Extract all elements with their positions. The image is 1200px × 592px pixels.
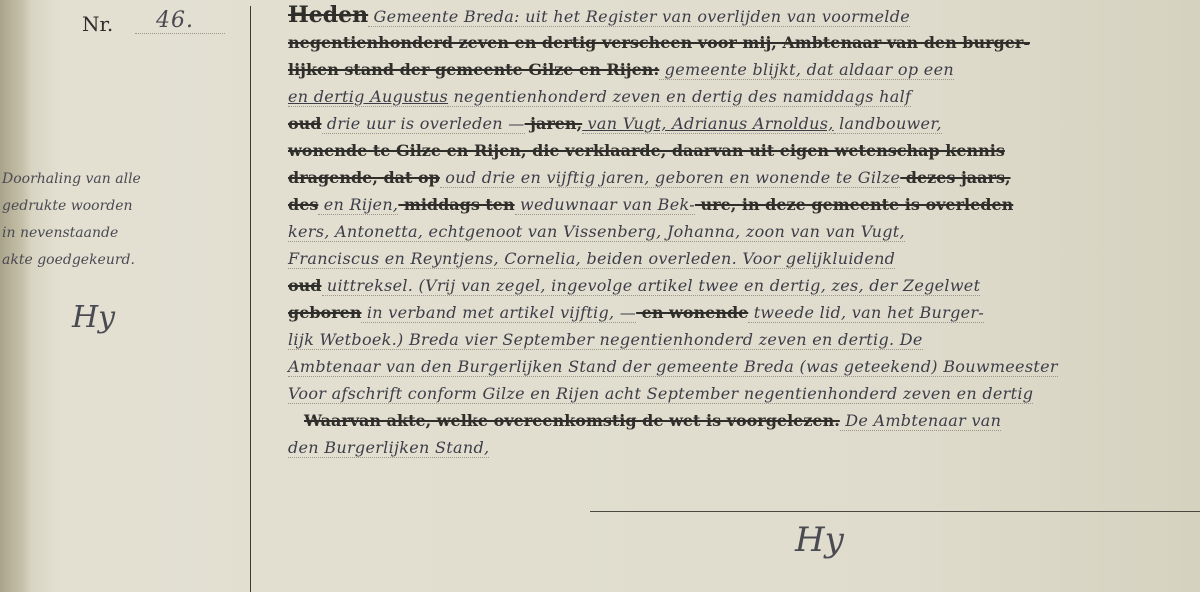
handwritten-text: lijk Wetboek.) Breda vier September nege… bbox=[288, 330, 923, 350]
handwritten-text: tweede lid, van het Burger- bbox=[748, 303, 984, 323]
signature-rule bbox=[590, 511, 1200, 512]
handwritten-text: Gemeente Breda: uit het Register van ove… bbox=[368, 7, 910, 27]
handwritten-text: in verband met artikel vijftig, — bbox=[361, 303, 636, 323]
record-line: wonende te Gilze en Rijen, die verklaard… bbox=[288, 137, 1168, 164]
handwritten-text: gemeente blijkt, dat aldaar op een bbox=[659, 60, 954, 80]
struck-printed-text: jaren, bbox=[525, 114, 583, 133]
handwritten-text: den Burgerlijken Stand, bbox=[288, 438, 489, 458]
registrar-signature: Hy bbox=[795, 520, 844, 560]
margin-paraph-signature: Hy bbox=[72, 300, 115, 335]
handwritten-text: De Ambtenaar van bbox=[840, 411, 1001, 431]
record-number-label: Nr. bbox=[82, 12, 113, 36]
record-line: Voor afschrift conform Gilze en Rijen ac… bbox=[288, 380, 1168, 407]
margin-note-line: akte goedgekeurd. bbox=[2, 247, 242, 274]
margin-note-line: in nevenstaande bbox=[2, 220, 242, 247]
record-text-body: Heden Gemeente Breda: uit het Register v… bbox=[288, 2, 1168, 461]
margin-note: Doorhaling van alle gedrukte woorden in … bbox=[2, 166, 242, 274]
struck-printed-text: dragende, dat op bbox=[288, 168, 440, 187]
record-number: 46. bbox=[156, 8, 194, 33]
handwritten-text: landbouwer, bbox=[834, 114, 942, 134]
record-line: oud uittreksel. (Vrij van zegel, ingevol… bbox=[288, 272, 1168, 299]
record-line: oud drie uur is overleden — jaren, van V… bbox=[288, 110, 1168, 137]
struck-printed-text: dezes jaars, bbox=[900, 168, 1010, 187]
handwritten-text: kers, Antonetta, echtgenoot van Vissenbe… bbox=[288, 222, 905, 242]
record-line: Waarvan akte, welke overeenkomstig de we… bbox=[288, 407, 1168, 434]
handwritten-text: uittreksel. (Vrij van zegel, ingevolge a… bbox=[322, 276, 981, 296]
struck-printed-text: Heden bbox=[288, 2, 368, 28]
struck-printed-text: middags ten bbox=[398, 195, 514, 214]
record-line: kers, Antonetta, echtgenoot van Vissenbe… bbox=[288, 218, 1168, 245]
book-gutter-shadow bbox=[0, 0, 32, 592]
struck-printed-text: negentienhonderd zeven en dertig versche… bbox=[288, 33, 1030, 52]
handwritten-text: drie uur is overleden — bbox=[322, 114, 525, 134]
handwritten-text: Ambtenaar van den Burgerlijken Stand der… bbox=[288, 357, 1058, 377]
struck-printed-text: lijken stand der gemeente Gilze en Rijen… bbox=[288, 60, 659, 79]
record-line: negentienhonderd zeven en dertig versche… bbox=[288, 29, 1168, 56]
record-line: Franciscus en Reyntjens, Cornelia, beide… bbox=[288, 245, 1168, 272]
struck-printed-text: Waarvan akte, welke overeenkomstig de we… bbox=[304, 411, 840, 430]
record-line: Heden Gemeente Breda: uit het Register v… bbox=[288, 2, 1168, 29]
handwritten-text: en Rijen, bbox=[318, 195, 398, 215]
struck-printed-text: oud bbox=[288, 114, 322, 133]
handwritten-text: Franciscus en Reyntjens, Cornelia, beide… bbox=[288, 249, 895, 269]
handwritten-text: negentienhonderd zeven en dertig des nam… bbox=[448, 87, 911, 107]
record-line: Ambtenaar van den Burgerlijken Stand der… bbox=[288, 353, 1168, 380]
margin-note-line: Doorhaling van alle bbox=[2, 166, 242, 193]
record-line: dragende, dat op oud drie en vijftig jar… bbox=[288, 164, 1168, 191]
struck-printed-text: en wonende bbox=[636, 303, 748, 322]
handwritten-text: van Vugt, Adrianus Arnoldus, bbox=[582, 114, 834, 134]
handwritten-text: oud drie en vijftig jaren, geboren en wo… bbox=[440, 168, 900, 188]
struck-printed-text: wonende te Gilze en Rijen, die verklaard… bbox=[288, 141, 1005, 160]
struck-printed-text: geboren bbox=[288, 303, 361, 322]
record-line: geboren in verband met artikel vijftig, … bbox=[288, 299, 1168, 326]
record-line: lijk Wetboek.) Breda vier September nege… bbox=[288, 326, 1168, 353]
record-line: en dertig Augustus negentienhonderd zeve… bbox=[288, 83, 1168, 110]
record-line: des en Rijen, middags ten weduwnaar van … bbox=[288, 191, 1168, 218]
struck-printed-text: des bbox=[288, 195, 318, 214]
record-number-dotted-line bbox=[135, 33, 225, 34]
register-page: Nr. 46. Doorhaling van alle gedrukte woo… bbox=[0, 0, 1200, 592]
handwritten-text: en dertig Augustus bbox=[288, 87, 448, 107]
record-line: den Burgerlijken Stand, bbox=[288, 434, 1168, 461]
struck-printed-text: oud bbox=[288, 276, 322, 295]
struck-printed-text: ure, in deze gemeente is overleden bbox=[695, 195, 1013, 214]
record-line: lijken stand der gemeente Gilze en Rijen… bbox=[288, 56, 1168, 83]
handwritten-text: Voor afschrift conform Gilze en Rijen ac… bbox=[288, 384, 1033, 404]
margin-note-line: gedrukte woorden bbox=[2, 193, 242, 220]
handwritten-text: weduwnaar van Bek- bbox=[515, 195, 695, 215]
column-divider bbox=[250, 6, 251, 592]
